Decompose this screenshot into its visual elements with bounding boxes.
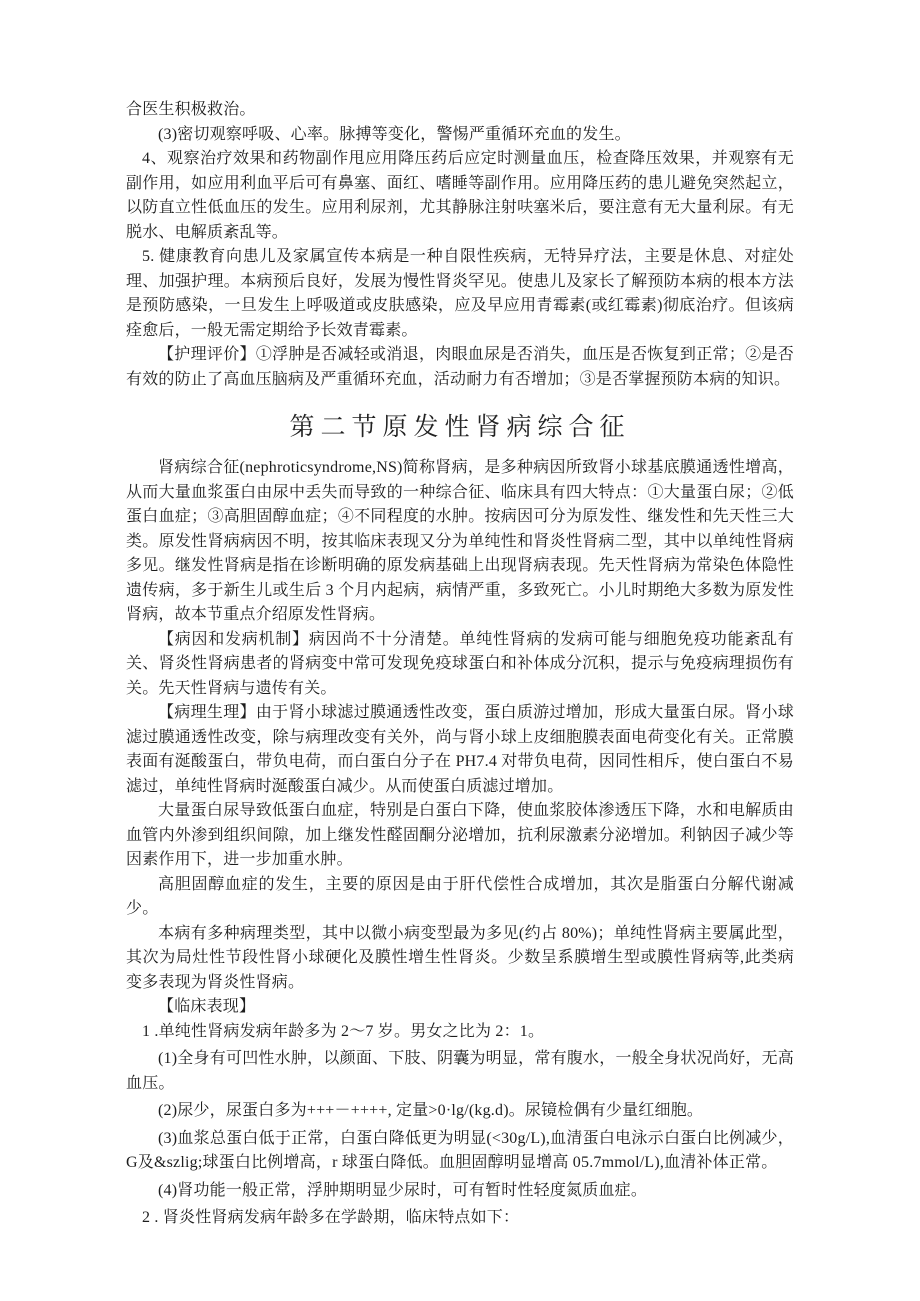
- body-paragraph: 合医生积极救治。: [126, 98, 794, 123]
- body-paragraph: 4、观察治疗效果和药物副作甩应用降压药后应定时测量血压，检查降压效果，并观察有无…: [126, 147, 794, 245]
- body-paragraph: 本病有多种病理类型，其中以微小病变型最为多见(约占 80%)；单纯性肾病主要属此…: [126, 922, 794, 996]
- body-paragraph: (3)血浆总蛋白低于正常，白蛋白降低更为明显(<30g/L),血清蛋白电泳示白蛋…: [126, 1127, 794, 1176]
- body-paragraph: 高胆固醇血症的发生，主要的原因是由于肝代偿性合成增加，其次是脂蛋白分解代谢减少。: [126, 873, 794, 922]
- body-paragraph: 肾病综合征(nephroticsyndrome,NS)简称肾病，是多种病因所致肾…: [126, 456, 794, 628]
- body-paragraph: 【临床表现】: [126, 995, 794, 1020]
- body-paragraph: (1)全身有可凹性水肿，以颜面、下肢、阴囊为明显，常有腹水，一般全身状况尚好，无…: [126, 1047, 794, 1096]
- body-paragraph: 【病因和发病机制】病因尚不十分清楚。单纯性肾病的发病可能与细胞免疫功能紊乱有关、…: [126, 628, 794, 702]
- body-paragraph: 大量蛋白尿导致低蛋白血症，特别是白蛋白下降，使血浆胶体渗透压下降，水和电解质由血…: [126, 799, 794, 873]
- body-paragraph: 【病理生理】由于肾小球滤过膜通透性改变，蛋白质游过增加，形成大量蛋白尿。肾小球滤…: [126, 701, 794, 799]
- document-page: 合医生积极救治。 (3)密切观察呼吸、心率。脉搏等变化，警惕严重循环充血的发生。…: [126, 0, 794, 1291]
- body-paragraph: 5. 健康教育向患儿及家属宣传本病是一种自限性疾病，无特异疗法，主要是休息、对症…: [126, 245, 794, 343]
- body-paragraph: (2)尿少，尿蛋白多为+++－++++, 定量>0·lg/(kg.d)。尿镜检偶…: [126, 1099, 794, 1124]
- body-paragraph: 1 .单纯性肾病发病年龄多为 2～7 岁。男女之比为 2：1。: [126, 1020, 794, 1045]
- body-paragraph: (4)肾功能一般正常，浮肿期明显少尿时，可有暂时性轻度氮质血症。: [126, 1179, 794, 1204]
- body-paragraph: 2 . 肾炎性肾病发病年龄多在学龄期，临床特点如下：: [126, 1206, 794, 1231]
- section-heading: 第二节原发性肾病综合征: [126, 407, 794, 443]
- body-paragraph: 【护理评价】①浮肿是否减轻或消退，肉眼血尿是否消失，血压是否恢复到正常；②是否有…: [126, 343, 794, 392]
- body-paragraph: (3)密切观察呼吸、心率。脉搏等变化，警惕严重循环充血的发生。: [126, 123, 794, 148]
